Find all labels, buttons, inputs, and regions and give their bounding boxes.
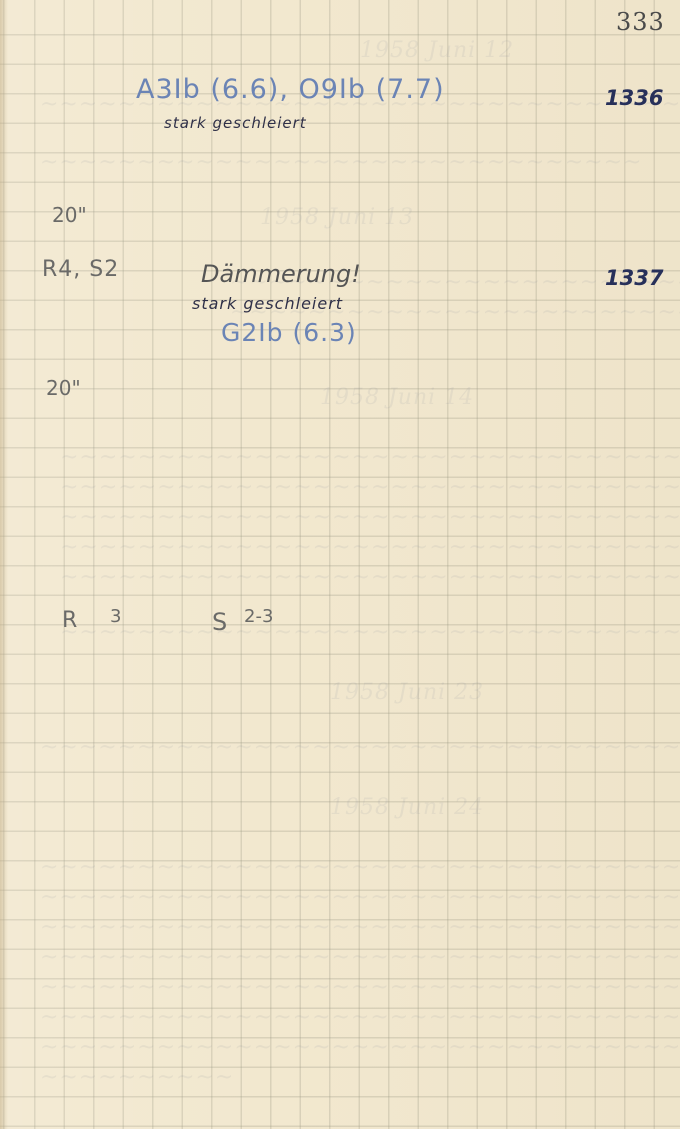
bleed-through-text: ~~~~~~~~~~~~~~~~~~~~~~~~~~~~~~~ (40, 150, 642, 175)
seeing-r-value: 3 (110, 606, 121, 627)
bleed-through-text: 1958 Juni 23 (330, 680, 484, 705)
bleed-through-text: ~~~~~~~~~~~~~~~~~~~~~~~~~~~~~~~~~~~~~~~~ (60, 445, 680, 470)
bleed-through-text: ~~~~~~~~~~~~~~~~~~~~~~~~~~~~~~~~~~~~~~~~ (60, 620, 680, 645)
bleed-through-text: ~~~~~~~~~~~~~~~~~~~~~~~~~~~~~~~~~~~~~~~~ (60, 505, 680, 530)
note-1337: stark geschleiert (192, 294, 343, 313)
bleed-through-text: ~~~~~~~~~~~~~~~~~~~~~~~~~~~~~~~~~~~~~~~~… (40, 855, 680, 880)
bleed-through-text: ~~~~~~~~~~~~~~~~~~~~~~~~~~~~~~~~~~~~~~~~… (40, 885, 680, 910)
bleed-through-text: ~~~~~~~~~~~~~~~~~~~~~~~~~~~~~~~~~~~~~~~~ (60, 535, 680, 560)
seeing-values-1337: R4, S2 (42, 257, 119, 282)
twilight-note-1337: Dämmerung! (201, 260, 361, 288)
bleed-through-text: 1958 Juni 12 (360, 38, 514, 63)
spectral-classification-1337: G2Ib (6.3) (221, 318, 357, 347)
page-number-text: 333 (616, 8, 665, 36)
bleed-through-text: 1958 Juni 24 (330, 795, 484, 820)
bleed-through-text: 1958 Juni 13 (260, 205, 414, 230)
bleed-through-text: ~~~~~~~~~~~~~~~~~~~~~~~~~~~~~~~~~~~~~~~~… (40, 945, 680, 970)
bleed-through-text: 1958 Juni 14 (320, 385, 474, 410)
bleed-through-text: ~~~~~~~~~~~~~~~~~~~~~~~~~~~~~~~~~~~~~~~~… (40, 1035, 680, 1060)
seeing-r-label: R (62, 608, 77, 633)
seeing-s-value: 2-3 (244, 606, 273, 627)
bleed-through-text: ~~~~~~~~~~~~~~~~~~~~~~~~~~~~~~~~~~~~~~~~… (40, 915, 680, 940)
bleed-through-text: ~~~~~~~~~~~~~~~~~~~~~~~~~~~~~~~~~~~~~~~~ (60, 475, 680, 500)
spectral-classification-1336: A3Ib (6.6), O9Ib (7.7) (136, 74, 445, 105)
notebook-page: 1958 Juni 12 ~~~~~~~~~~~~~~~~~~~~~~~~~~~… (0, 0, 680, 1129)
bleed-through-text: ~~~~~~~~~~ (40, 1065, 234, 1090)
note-1336: stark geschleiert (164, 114, 307, 132)
exposure-time-1: 20" (52, 203, 87, 227)
seeing-s-label: S (212, 608, 227, 636)
bleed-through-text: ~~~~~~~~~~~~~~~~~~~~~~~~~~~~~~~~~~~~~~~~ (60, 565, 680, 590)
plate-number-1337: 1337 (605, 266, 663, 290)
plate-number-1336: 1336 (605, 86, 663, 110)
exposure-time-2: 20" (46, 376, 81, 400)
bleed-through-text: ~~~~~~~~~~~~~~~~~~~~~~~~~~~~~~~~~~~~~~~~… (40, 975, 680, 1000)
bleed-through-text: ~~~~~~~~~~~~~~~~~~~~~~~~~~~~~~~~~~~~~~~~… (40, 735, 680, 760)
page-edge-shadow (0, 0, 8, 1129)
page-number: 333 (616, 8, 665, 36)
bleed-through-text: ~~~~~~~~~~~~~~~~~~~~~~~~~~~~~~~~~~~~~~~~… (40, 1005, 680, 1030)
